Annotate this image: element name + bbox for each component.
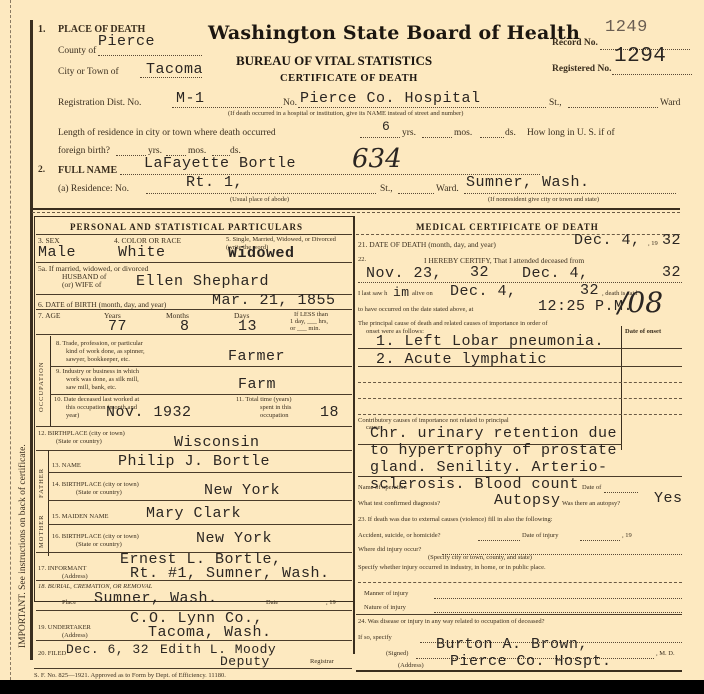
place-of-death-num: 1. [38, 24, 46, 35]
line [48, 524, 352, 525]
industry-label-2: work was done, as silk mill, [66, 376, 139, 383]
city-value: Tacoma [146, 61, 203, 78]
residence-ward-underline-2 [464, 193, 676, 194]
industry-label-3: saw mill, bank, etc. [66, 384, 117, 391]
accident-label: Accident, suicide, or homicide? [358, 532, 441, 539]
line [48, 500, 352, 501]
occurred-label: to have occurred on the date stated abov… [358, 306, 473, 313]
trade-value: Farmer [228, 348, 285, 365]
certify-num: 22. [358, 256, 366, 263]
city-label: City or Town of [58, 67, 119, 77]
full-name-label: FULL NAME [58, 165, 117, 176]
contributory-label-1: Contributory causes of importance not re… [358, 417, 509, 424]
injury-date-underline [580, 540, 620, 541]
line [36, 580, 352, 581]
mother-bp-label-1: 16. BIRTHPLACE (city or town) [52, 533, 139, 540]
margin-fold-line [10, 0, 11, 680]
length-mos-underline [422, 137, 452, 138]
spouse-value: Ellen Shephard [136, 273, 269, 290]
last-saw-label: I last saw h [358, 290, 387, 297]
trade-label-2: kind of work done, as spinner, [66, 348, 145, 355]
board-title: Washington State Board of Health [208, 22, 580, 44]
spouse-label-3: (or) WIFE of [62, 280, 101, 289]
line [358, 382, 682, 383]
birthplace-label-1: 12. BIRTHPLACE (city or town) [38, 430, 125, 437]
margin-note: IMPORTANT. See instructions on back of c… [18, 444, 28, 648]
last-saw-value: Dec. 4, [450, 283, 517, 300]
alive-label: alive on [412, 290, 433, 297]
line [358, 348, 682, 349]
occupation-related-label: 24. Was disease or injury in any way rel… [358, 618, 545, 625]
dob-value: Mar. 21, 1855 [212, 292, 336, 309]
informant-addr-label: (Address) [62, 573, 88, 580]
residence-value: Rt. 1, [186, 174, 243, 191]
industry-label-1: 9. Industry or business in which [56, 368, 139, 375]
burial-place-label: Place [62, 599, 76, 606]
frame-left [30, 20, 33, 660]
mother-name-label: 15. MAIDEN NAME [52, 513, 109, 520]
line [36, 309, 352, 310]
full-name-annotation: 634 [352, 144, 402, 174]
line [356, 614, 682, 615]
residence-ward-label: Ward. [436, 184, 459, 194]
total-time-label-1: 11. Total time (years) [236, 396, 292, 403]
contributory-4: sclerosis. Blood count [370, 476, 579, 493]
city-underline [140, 77, 202, 78]
county-value: Pierce [98, 33, 155, 50]
contributory-2: to hypertrophy of prostate [370, 442, 617, 459]
line [36, 262, 352, 263]
nature-label: Nature of injury [364, 604, 406, 611]
nature-underline [434, 612, 682, 613]
burial-place-value: Sumner, Wash. [94, 590, 218, 607]
address-value: Pierce Co. Hospt. [450, 653, 612, 670]
filed-value: Dec. 6, 32 [66, 642, 149, 657]
length-ds-label: ds. [505, 128, 516, 138]
father-bp-label-1: 14. BIRTHPLACE (city or town) [52, 481, 139, 488]
injury-year-label: , 19 [622, 532, 632, 539]
line [36, 426, 352, 427]
specify-label: Specify whether injury occurred in indus… [358, 564, 546, 571]
address-label: (Address) [398, 662, 424, 669]
registered-no-underline [612, 74, 692, 75]
line [36, 234, 352, 235]
md-label: , M. D. [656, 650, 675, 657]
father-name-label: 13. NAME [52, 462, 81, 469]
line [50, 394, 352, 395]
length-yrs-value: 6 [382, 119, 390, 134]
reg-dist-value: M-1 [176, 90, 205, 107]
full-name-value: LaFayette Bortle [144, 155, 296, 172]
attend-to-year: 32 [662, 264, 681, 281]
age-months-value: 8 [180, 318, 190, 335]
total-time-label-3: occupation [260, 412, 289, 419]
less-label-1: If LESS than [294, 311, 328, 318]
nonresident-note: (If nonresident give city or town and st… [488, 196, 599, 203]
length-label: Length of residence in city or town wher… [58, 128, 276, 138]
registrar-label: Registrar [310, 658, 334, 665]
accident-underline [478, 540, 520, 541]
birthplace-value: Wisconsin [174, 434, 260, 451]
last-worked-label-3: year) [66, 412, 79, 419]
line [358, 398, 682, 399]
dod-year-value: 32 [662, 232, 681, 249]
medical-section-title: MEDICAL CERTIFICATE OF DEATH [416, 222, 599, 232]
form-note: S. F. No. 825—1921. Approved as to Form … [34, 672, 226, 679]
injury-date-label: Date of injury [522, 532, 558, 539]
dod-label: 21. DATE OF DEATH (month, day, and year) [358, 240, 496, 249]
confirmed-value: Autopsy [494, 492, 561, 509]
line [36, 640, 352, 641]
medical-bottom-line [356, 670, 682, 672]
header-divider-2 [32, 212, 680, 213]
date-onset-label: Date of onset [625, 328, 661, 335]
contributory-1: Chr. urinary retention due [370, 425, 617, 442]
trade-label-3: sawyer, bookkeeper, etc. [66, 356, 130, 363]
birthplace-label-2: (State or country) [56, 438, 102, 445]
signed-label: (Signed) [386, 650, 408, 657]
date-of-underline [604, 492, 638, 493]
county-label: County of [58, 46, 96, 56]
line [358, 414, 682, 415]
line [34, 668, 352, 669]
ward-underline [568, 107, 658, 108]
ward-label: Ward [660, 98, 680, 108]
attend-underline [358, 282, 682, 283]
center-divider [353, 216, 355, 654]
mother-bp-value: New York [196, 530, 272, 547]
burial-year-label: , 19 [326, 599, 336, 606]
attend-from-year: 32 [470, 264, 489, 281]
line [48, 472, 352, 473]
autopsy-value: Yes [654, 490, 683, 507]
length-yrs-underline [360, 137, 400, 138]
attend-from-value: Nov. 23, [366, 265, 442, 282]
hospital-note: (If death occurred in a hospital or inst… [228, 110, 463, 117]
less-label-3: or ___ min. [290, 325, 320, 332]
last-saw-him: im [393, 285, 410, 300]
confirmed-label: What test confirmed diagnosis? [358, 500, 440, 507]
line [358, 582, 682, 583]
reg-dist-underline [172, 107, 282, 108]
burial-label: 18. BURIAL, CREMATION, OR REMOVAL [38, 583, 152, 590]
total-time-label-2: spent in this [260, 404, 291, 411]
abode-note: (Usual place of abode) [230, 196, 289, 203]
manner-underline [434, 598, 682, 599]
signed-value: Burton A. Brown, [436, 636, 588, 653]
attend-to-value: Dec. 4, [522, 265, 589, 282]
dod-year-prefix: , 19 [648, 240, 658, 247]
last-saw-year: 32 [580, 282, 599, 299]
mother-bp-label-2: (State or country) [76, 541, 122, 548]
us-label: How long in U. S. if of [527, 128, 615, 138]
father-bp-label-2: (State or country) [76, 489, 122, 496]
color-value: White [118, 244, 166, 261]
registered-no-value: 1294 [614, 45, 666, 68]
residence-label: (a) Residence: No. [58, 184, 129, 194]
record-no-label: Record No. [552, 38, 598, 48]
age-years-value: 77 [108, 318, 127, 335]
registrar-title: Deputy [220, 654, 270, 669]
dod-value: Dec. 4, [574, 232, 641, 249]
line [36, 450, 352, 451]
residence-ward-value: Sumner, Wash. [466, 174, 590, 191]
father-side-label: FATHER [38, 468, 45, 498]
informant-label: 17. INFORMANT [38, 565, 86, 572]
residence-st-label: St., [380, 184, 393, 194]
death-certificate: IMPORTANT. See instructions on back of c… [0, 0, 704, 680]
sex-value: Male [38, 244, 76, 261]
full-name-num: 2. [38, 165, 45, 175]
length-ds-underline [480, 137, 504, 138]
where-label: Where did injury occur? [358, 546, 421, 553]
if-so-label: If so, specify [358, 634, 392, 641]
autopsy-label: Was there an autopsy? [562, 500, 620, 507]
registered-no-label: Registered No. [552, 64, 611, 74]
personal-section-title: PERSONAL AND STATISTICAL PARTICULARS [70, 222, 303, 232]
line [358, 366, 682, 367]
where-note: (Specify city or town, county, and state… [428, 554, 532, 561]
record-no-value: 1249 [605, 18, 648, 37]
certificate-title: CERTIFICATE OF DEATH [280, 73, 418, 84]
filed-label: 20. FILED [38, 650, 66, 657]
last-worked-value: Nov. 1932 [106, 404, 192, 421]
no-label: No. [283, 98, 297, 108]
age-days-value: 13 [238, 318, 257, 335]
burial-date-label: Date [266, 599, 278, 606]
principal-label-1: The principal cause of death and related… [358, 320, 548, 327]
county-underline [98, 55, 202, 56]
occupation-side-label: OCCUPATION [38, 361, 45, 412]
residence-underline [146, 193, 376, 194]
trade-label-1: 8. Trade, profession, or particular [56, 340, 143, 347]
reg-dist-label: Registration Dist. No. [58, 98, 141, 108]
last-worked-label-1: 10. Date deceased last worked at [54, 396, 139, 403]
marital-value: Widowed [228, 245, 295, 262]
length-mos-label: mos. [454, 128, 472, 138]
age-label: 7. AGE [38, 311, 61, 320]
hospital-value: Pierce Co. Hospital [300, 90, 481, 107]
st-label: St., [549, 98, 562, 108]
bureau-title: BUREAU OF VITAL STATISTICS [236, 53, 432, 69]
length-yrs-label: yrs. [402, 128, 416, 138]
mother-side-label: MOTHER [38, 515, 45, 548]
total-time-value: 18 [320, 404, 339, 421]
onset-column-line [621, 326, 622, 450]
undertaker-label: 19. UNDERTAKER [38, 624, 91, 631]
residence-ward-underline [398, 193, 434, 194]
date-of-label: Date of [582, 484, 601, 491]
foreign-label: foreign birth? [58, 146, 110, 156]
contributory-3: gland. Senility. Arterio- [370, 459, 608, 476]
father-bp-value: New York [204, 482, 280, 499]
less-label-2: 1 day, ___ hrs, [290, 318, 328, 325]
external-label: 23. If death was due to external causes … [358, 516, 553, 523]
certify-text: I HEREBY CERTIFY, That I attended deceas… [424, 256, 584, 265]
foreign-yrs-underline [116, 155, 146, 156]
line [36, 334, 352, 335]
header-divider [32, 208, 680, 210]
hospital-underline [298, 107, 546, 108]
dob-label: 6. DATE of BIRTH (month, day, and year) [38, 300, 166, 309]
manner-label: Manner of injury [364, 590, 408, 597]
industry-value: Farm [238, 376, 276, 393]
mother-name-value: Mary Clark [146, 505, 241, 522]
undertaker-addr-label: (Address) [62, 632, 88, 639]
father-name-value: Philip J. Bortle [118, 453, 270, 470]
undertaker-addr-value: Tacoma, Wash. [148, 624, 272, 641]
time-annotation: /08 [618, 286, 663, 319]
line [50, 366, 352, 367]
